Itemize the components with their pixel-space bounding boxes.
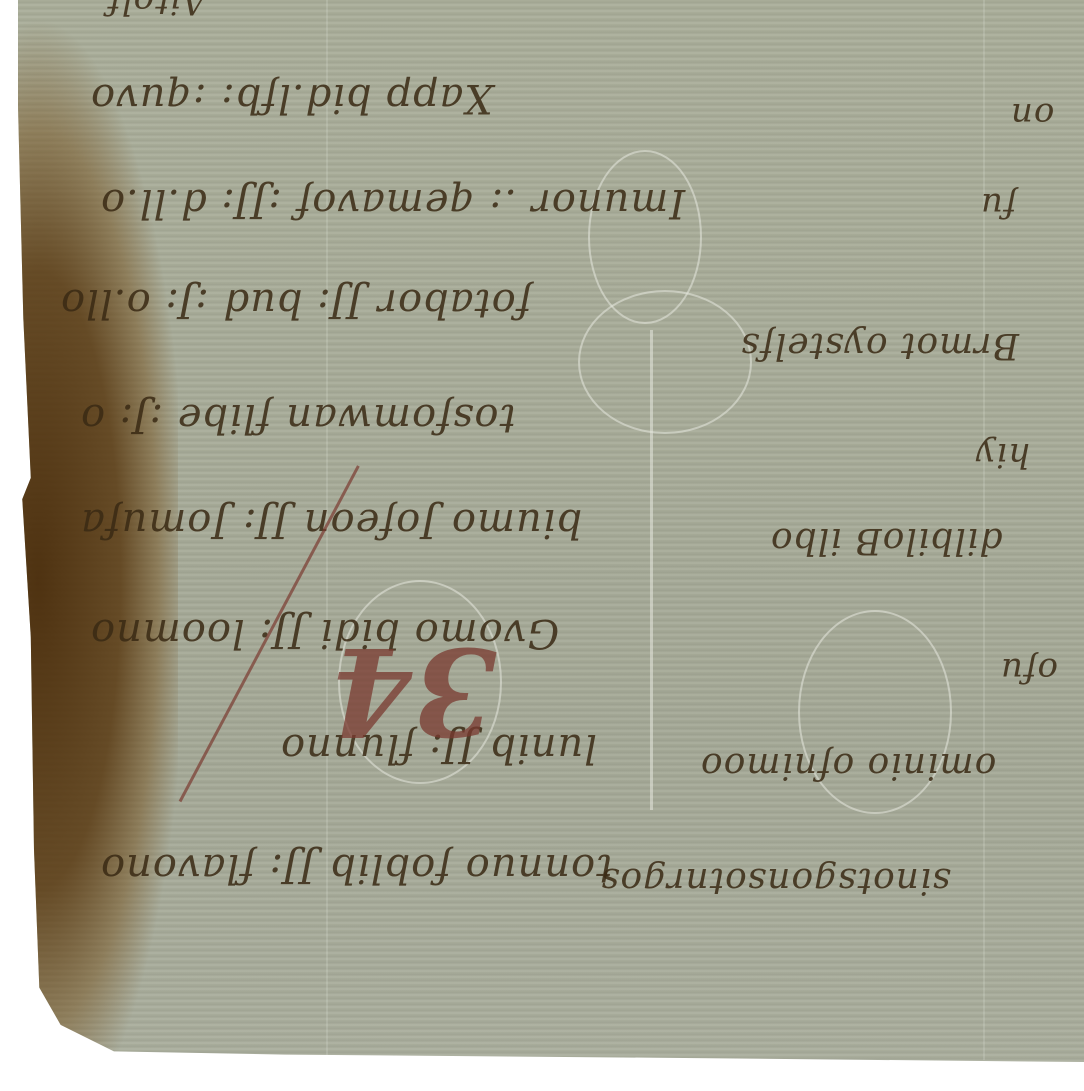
ink-line: ominio ofnimoo bbox=[700, 745, 996, 786]
ink-line: tonnuo foblib JJ: flavono bbox=[100, 845, 612, 891]
watermark-mid-loop bbox=[578, 290, 752, 434]
ink-line: fotabor JJ: bud :J: o.llo bbox=[60, 280, 532, 326]
ink-line: biumo Jofeon JJ: Jomufa bbox=[80, 500, 582, 546]
red-chalk-folio-number: 34 bbox=[330, 620, 497, 761]
ink-line: hiy bbox=[975, 435, 1030, 475]
ink-line: sinotsgonsotnrgos bbox=[600, 860, 951, 901]
ink-line: Xapp bid.lfb: :quvo bbox=[90, 75, 493, 121]
ink-line: Brmot oystelfs bbox=[740, 325, 1019, 366]
ink-line: ... Aitolf ... bbox=[60, 0, 253, 22]
watermark-stem bbox=[650, 330, 653, 810]
ink-line: Imunor .: qemavof :JJ: d.ll.o bbox=[100, 180, 685, 226]
ink-line: dilbiloB ilbo bbox=[770, 520, 1002, 561]
ink-line: on bbox=[1010, 95, 1054, 135]
ink-line: ofu bbox=[1000, 650, 1058, 690]
ink-line: tosfomwan flibe :J: o bbox=[80, 395, 516, 441]
ink-line: fu bbox=[980, 185, 1016, 225]
